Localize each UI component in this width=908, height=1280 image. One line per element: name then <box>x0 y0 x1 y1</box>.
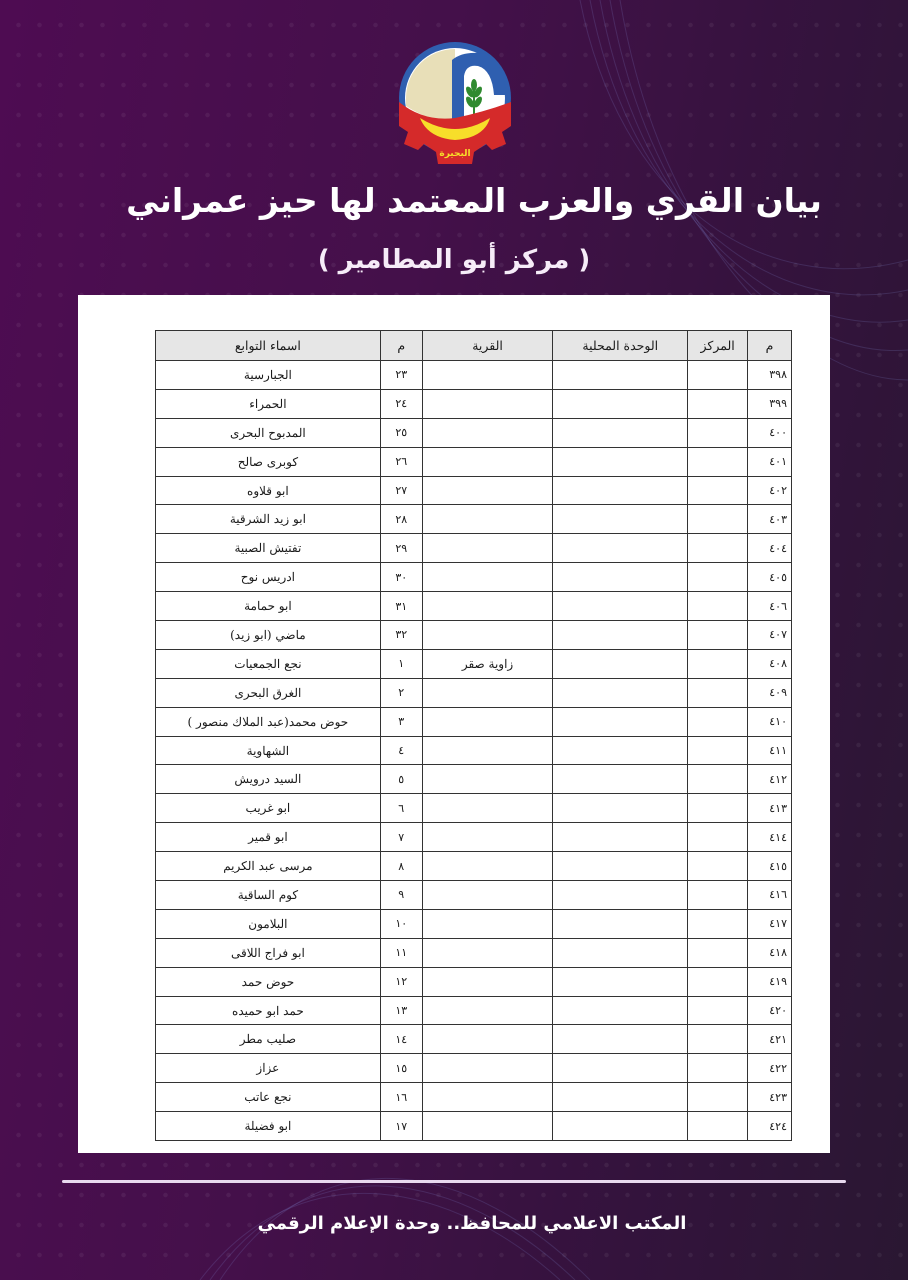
village-cell <box>422 418 553 447</box>
header-serial: م <box>748 331 792 361</box>
village-cell <box>422 736 553 765</box>
header-dependency-names: اسماء التوابع <box>156 331 381 361</box>
table-row: ٤٠٥٣٠ادريس نوح <box>156 563 792 592</box>
village-cell <box>422 852 553 881</box>
villages-table: م المركز الوحدة المحلية القرية م اسماء ا… <box>155 330 792 1141</box>
footer-credit: المكتب الاعلامي للمحافظ.. وحدة الإعلام ا… <box>0 1208 908 1240</box>
markaz-cell <box>688 938 748 967</box>
local-unit-cell <box>553 938 688 967</box>
dependency-name-cell: حوض محمد(عبد الملاك منصور ) <box>156 707 381 736</box>
village-cell <box>422 592 553 621</box>
table-row: ٤٠٢٢٧ابو قلاوه <box>156 476 792 505</box>
page-subtitle: ( مركز أبو المطامير ) <box>0 240 908 280</box>
sub-serial-cell: ١٣ <box>380 996 422 1025</box>
markaz-cell <box>688 447 748 476</box>
table-row: ٣٩٨٢٣الجبارسية <box>156 361 792 390</box>
local-unit-cell <box>553 996 688 1025</box>
local-unit-cell <box>553 534 688 563</box>
village-cell <box>422 678 553 707</box>
local-unit-cell <box>553 592 688 621</box>
village-cell <box>422 881 553 910</box>
serial-cell: ٤٠٦ <box>748 592 792 621</box>
sub-serial-cell: ١٦ <box>380 1083 422 1112</box>
markaz-cell <box>688 909 748 938</box>
dependency-name-cell: عزاز <box>156 1054 381 1083</box>
serial-cell: ٤١٢ <box>748 765 792 794</box>
serial-cell: ٤٢٣ <box>748 1083 792 1112</box>
sub-serial-cell: ٢ <box>380 678 422 707</box>
dependency-name-cell: الجبارسية <box>156 361 381 390</box>
sub-serial-cell: ٣ <box>380 707 422 736</box>
dependency-name-cell: ابو قلاوه <box>156 476 381 505</box>
dependency-name-cell: الشهاوية <box>156 736 381 765</box>
village-cell <box>422 794 553 823</box>
village-cell <box>422 361 553 390</box>
local-unit-cell <box>553 361 688 390</box>
dependency-name-cell: نجع عاتب <box>156 1083 381 1112</box>
dependency-name-cell: ابو حمامة <box>156 592 381 621</box>
local-unit-cell <box>553 823 688 852</box>
dependency-name-cell: حوض حمد <box>156 967 381 996</box>
serial-cell: ٤١٩ <box>748 967 792 996</box>
sub-serial-cell: ١١ <box>380 938 422 967</box>
markaz-cell <box>688 389 748 418</box>
village-cell <box>422 1054 553 1083</box>
serial-cell: ٤٠١ <box>748 447 792 476</box>
sub-serial-cell: ١٢ <box>380 967 422 996</box>
local-unit-cell <box>553 794 688 823</box>
village-cell <box>422 909 553 938</box>
governorate-logo: البحيرة <box>394 40 516 164</box>
sub-serial-cell: ٤ <box>380 736 422 765</box>
markaz-cell <box>688 967 748 996</box>
village-cell <box>422 621 553 650</box>
sub-serial-cell: ٩ <box>380 881 422 910</box>
village-cell <box>422 967 553 996</box>
table-row: ٤١١٤الشهاوية <box>156 736 792 765</box>
local-unit-cell <box>553 505 688 534</box>
dependency-name-cell: البلامون <box>156 909 381 938</box>
village-cell <box>422 707 553 736</box>
local-unit-cell <box>553 1054 688 1083</box>
serial-cell: ٤٠٥ <box>748 563 792 592</box>
table-row: ٤٢٤١٧ابو فضيلة <box>156 1112 792 1141</box>
serial-cell: ٤٠٨ <box>748 649 792 678</box>
dependency-name-cell: ابو زيد الشرقية <box>156 505 381 534</box>
table-row: ٤٠٧٣٢ماضي (ابو زيد) <box>156 621 792 650</box>
serial-cell: ٤٢٤ <box>748 1112 792 1141</box>
header-local-unit: الوحدة المحلية <box>553 331 688 361</box>
village-cell <box>422 765 553 794</box>
footer-divider <box>62 1180 846 1183</box>
dependency-name-cell: مرسى عبد الكريم <box>156 852 381 881</box>
sub-serial-cell: ٣٠ <box>380 563 422 592</box>
serial-cell: ٤٠٧ <box>748 621 792 650</box>
markaz-cell <box>688 621 748 650</box>
local-unit-cell <box>553 476 688 505</box>
local-unit-cell <box>553 621 688 650</box>
village-cell <box>422 447 553 476</box>
svg-text:البحيرة: البحيرة <box>439 149 470 159</box>
serial-cell: ٤١٠ <box>748 707 792 736</box>
local-unit-cell <box>553 1083 688 1112</box>
local-unit-cell <box>553 418 688 447</box>
dependency-name-cell: ابو فضيلة <box>156 1112 381 1141</box>
table-row: ٤٢١١٤صليب مطر <box>156 1025 792 1054</box>
serial-cell: ٤٠٤ <box>748 534 792 563</box>
page-title: بيان القري والعزب المعتمد لها حيز عمراني <box>0 178 908 224</box>
sub-serial-cell: ٢٩ <box>380 534 422 563</box>
table-row: ٣٩٩٢٤الحمراء <box>156 389 792 418</box>
sub-serial-cell: ٥ <box>380 765 422 794</box>
markaz-cell <box>688 418 748 447</box>
table-row: ٤١٨١١ابو فراج اللاقى <box>156 938 792 967</box>
serial-cell: ٤١٣ <box>748 794 792 823</box>
serial-cell: ٣٩٩ <box>748 389 792 418</box>
sub-serial-cell: ٦ <box>380 794 422 823</box>
table-header-row: م المركز الوحدة المحلية القرية م اسماء ا… <box>156 331 792 361</box>
local-unit-cell <box>553 649 688 678</box>
serial-cell: ٤١٥ <box>748 852 792 881</box>
serial-cell: ٤١٤ <box>748 823 792 852</box>
table-row: ٤١٦٩كوم الساقية <box>156 881 792 910</box>
table-row: ٤٢٣١٦نجع عاتب <box>156 1083 792 1112</box>
sub-serial-cell: ١٤ <box>380 1025 422 1054</box>
document-sheet: م المركز الوحدة المحلية القرية م اسماء ا… <box>78 295 830 1153</box>
serial-cell: ٤٠٩ <box>748 678 792 707</box>
markaz-cell <box>688 707 748 736</box>
local-unit-cell <box>553 1112 688 1141</box>
serial-cell: ٤١٦ <box>748 881 792 910</box>
table-row: ٤١٩١٢حوض حمد <box>156 967 792 996</box>
sub-serial-cell: ٢٥ <box>380 418 422 447</box>
dependency-name-cell: ابو قمير <box>156 823 381 852</box>
markaz-cell <box>688 563 748 592</box>
serial-cell: ٤٢٢ <box>748 1054 792 1083</box>
serial-cell: ٤٢١ <box>748 1025 792 1054</box>
table-row: ٤١٥٨مرسى عبد الكريم <box>156 852 792 881</box>
table-row: ٤٠٣٢٨ابو زيد الشرقية <box>156 505 792 534</box>
local-unit-cell <box>553 563 688 592</box>
dependency-name-cell: كوم الساقية <box>156 881 381 910</box>
sub-serial-cell: ٧ <box>380 823 422 852</box>
village-cell <box>422 476 553 505</box>
table-row: ٤٠٨زاوية صقر١نجع الجمعيات <box>156 649 792 678</box>
markaz-cell <box>688 1054 748 1083</box>
sub-serial-cell: ٨ <box>380 852 422 881</box>
sub-serial-cell: ١٠ <box>380 909 422 938</box>
dependency-name-cell: الغرق البحرى <box>156 678 381 707</box>
markaz-cell <box>688 678 748 707</box>
markaz-cell <box>688 505 748 534</box>
local-unit-cell <box>553 852 688 881</box>
village-cell <box>422 996 553 1025</box>
dependency-name-cell: نجع الجمعيات <box>156 649 381 678</box>
markaz-cell <box>688 881 748 910</box>
markaz-cell <box>688 361 748 390</box>
table-row: ٤١٧١٠البلامون <box>156 909 792 938</box>
sub-serial-cell: ٢٦ <box>380 447 422 476</box>
village-cell <box>422 823 553 852</box>
sub-serial-cell: ٢٣ <box>380 361 422 390</box>
local-unit-cell <box>553 678 688 707</box>
local-unit-cell <box>553 389 688 418</box>
local-unit-cell <box>553 967 688 996</box>
beheira-emblem-icon: البحيرة <box>394 40 516 164</box>
markaz-cell <box>688 765 748 794</box>
serial-cell: ٤٠٣ <box>748 505 792 534</box>
header-markaz: المركز <box>688 331 748 361</box>
markaz-cell <box>688 823 748 852</box>
markaz-cell <box>688 476 748 505</box>
dependency-name-cell: كوبرى صالح <box>156 447 381 476</box>
markaz-cell <box>688 1083 748 1112</box>
local-unit-cell <box>553 881 688 910</box>
village-cell <box>422 534 553 563</box>
markaz-cell <box>688 736 748 765</box>
table-row: ٤١٤٧ابو قمير <box>156 823 792 852</box>
serial-cell: ٤٠٢ <box>748 476 792 505</box>
village-cell: زاوية صقر <box>422 649 553 678</box>
sub-serial-cell: ٣٢ <box>380 621 422 650</box>
dependency-name-cell: ابو غريب <box>156 794 381 823</box>
table-row: ٤٠٠٢٥المدبوح البحرى <box>156 418 792 447</box>
header-village: القرية <box>422 331 553 361</box>
markaz-cell <box>688 534 748 563</box>
header-sub-serial: م <box>380 331 422 361</box>
markaz-cell <box>688 794 748 823</box>
table-row: ٤١٣٦ابو غريب <box>156 794 792 823</box>
sub-serial-cell: ٢٤ <box>380 389 422 418</box>
sub-serial-cell: ٣١ <box>380 592 422 621</box>
sub-serial-cell: ١ <box>380 649 422 678</box>
dependency-name-cell: ابو فراج اللاقى <box>156 938 381 967</box>
serial-cell: ٤١٨ <box>748 938 792 967</box>
sub-serial-cell: ٢٧ <box>380 476 422 505</box>
table-row: ٤٠١٢٦كوبرى صالح <box>156 447 792 476</box>
dependency-name-cell: صليب مطر <box>156 1025 381 1054</box>
serial-cell: ٤٢٠ <box>748 996 792 1025</box>
serial-cell: ٤١١ <box>748 736 792 765</box>
serial-cell: ٤١٧ <box>748 909 792 938</box>
markaz-cell <box>688 996 748 1025</box>
dependency-name-cell: حمد ابو حميده <box>156 996 381 1025</box>
village-cell <box>422 389 553 418</box>
dependency-name-cell: المدبوح البحرى <box>156 418 381 447</box>
dependency-name-cell: السيد درويش <box>156 765 381 794</box>
serial-cell: ٤٠٠ <box>748 418 792 447</box>
local-unit-cell <box>553 447 688 476</box>
village-cell <box>422 1112 553 1141</box>
sub-serial-cell: ٢٨ <box>380 505 422 534</box>
serial-cell: ٣٩٨ <box>748 361 792 390</box>
village-cell <box>422 563 553 592</box>
table-row: ٤٠٩٢الغرق البحرى <box>156 678 792 707</box>
dependency-name-cell: تفتيش الصبية <box>156 534 381 563</box>
markaz-cell <box>688 1112 748 1141</box>
dependency-name-cell: ادريس نوح <box>156 563 381 592</box>
table-row: ٤١٠٣حوض محمد(عبد الملاك منصور ) <box>156 707 792 736</box>
markaz-cell <box>688 649 748 678</box>
local-unit-cell <box>553 909 688 938</box>
table-row: ٤٠٦٣١ابو حمامة <box>156 592 792 621</box>
dependency-name-cell: ماضي (ابو زيد) <box>156 621 381 650</box>
local-unit-cell <box>553 736 688 765</box>
local-unit-cell <box>553 765 688 794</box>
village-cell <box>422 938 553 967</box>
dependency-name-cell: الحمراء <box>156 389 381 418</box>
table-row: ٤٢٠١٣حمد ابو حميده <box>156 996 792 1025</box>
markaz-cell <box>688 592 748 621</box>
sub-serial-cell: ١٧ <box>380 1112 422 1141</box>
table-row: ٤٠٤٢٩تفتيش الصبية <box>156 534 792 563</box>
village-cell <box>422 1083 553 1112</box>
village-cell <box>422 505 553 534</box>
local-unit-cell <box>553 707 688 736</box>
village-cell <box>422 1025 553 1054</box>
table-row: ٤٢٢١٥عزاز <box>156 1054 792 1083</box>
sub-serial-cell: ١٥ <box>380 1054 422 1083</box>
local-unit-cell <box>553 1025 688 1054</box>
markaz-cell <box>688 852 748 881</box>
markaz-cell <box>688 1025 748 1054</box>
table-row: ٤١٢٥السيد درويش <box>156 765 792 794</box>
